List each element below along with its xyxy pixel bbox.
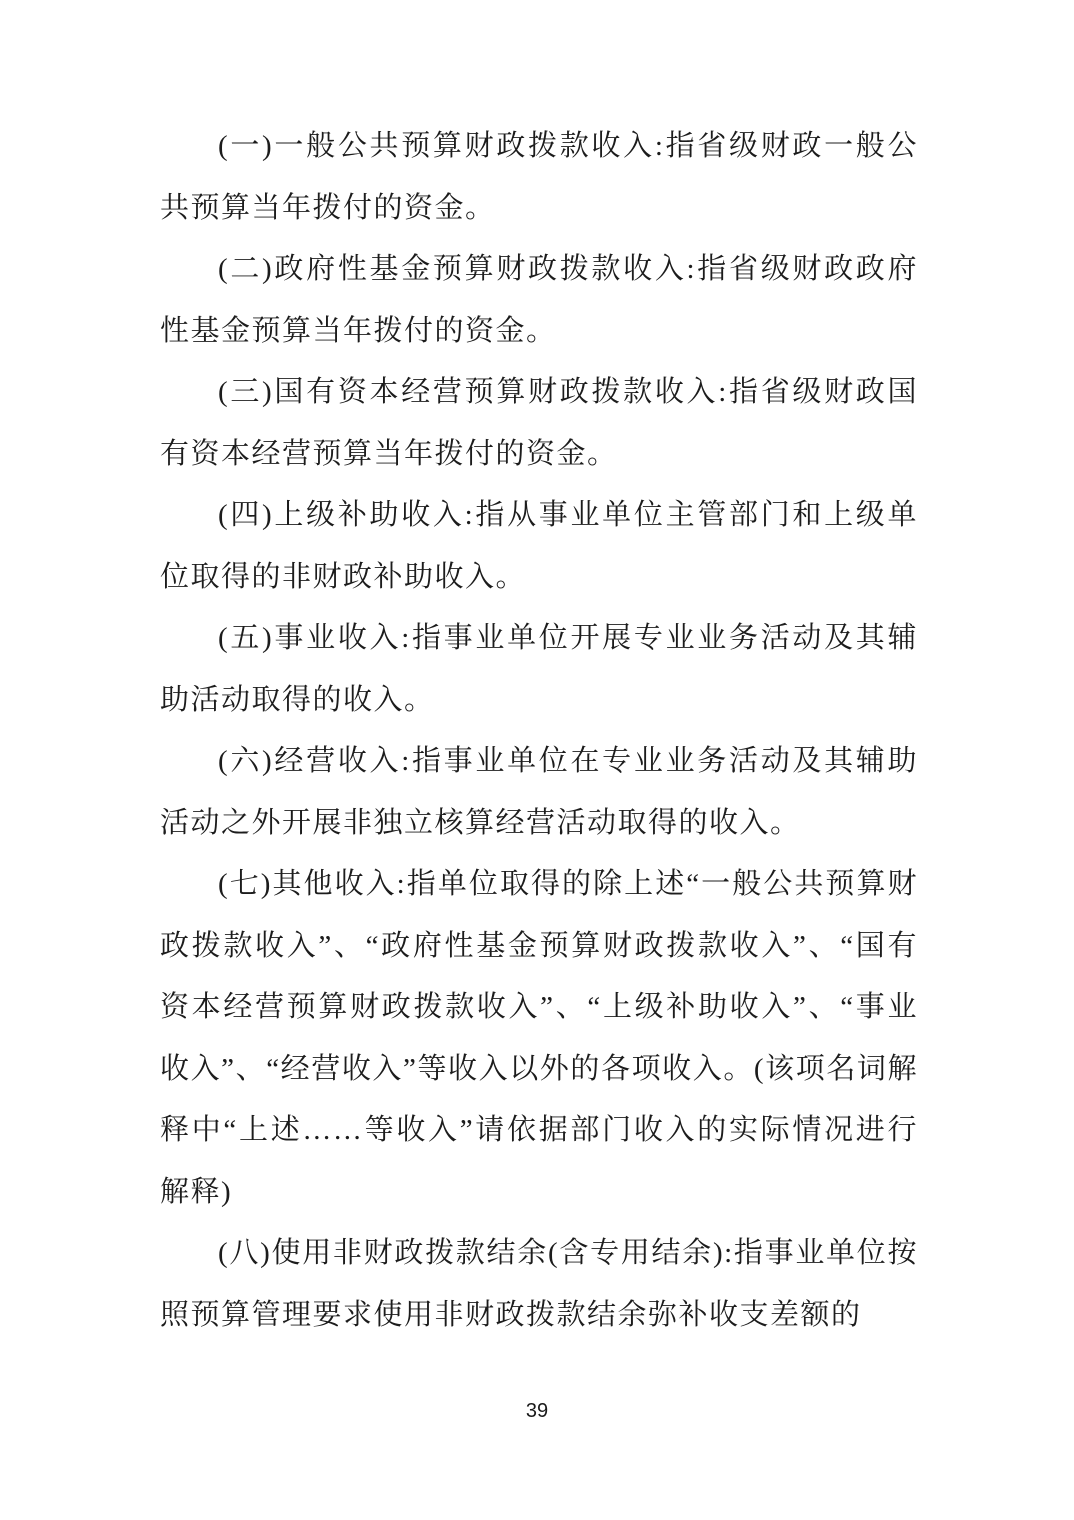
paragraph-income-superior-subsidy: (四)上级补助收入:指从事业单位主管部门和上级单位取得的非财政补助收入。 — [160, 485, 918, 608]
paragraph-income-operating: (六)经营收入:指事业单位在专业业务活动及其辅助活动之外开展非独立核算经营活动取… — [160, 731, 918, 854]
paragraph-income-non-fiscal-carryover: (八)使用非财政拨款结余(含专用结余):指事业单位按照预算管理要求使用非财政拨款… — [160, 1223, 918, 1346]
document-body: (一)一般公共预算财政拨款收入:指省级财政一般公共预算当年拨付的资金。 (二)政… — [160, 116, 918, 1346]
paragraph-income-other: (七)其他收入:指单位取得的除上述“一般公共预算财政拨款收入”、“政府性基金预算… — [160, 854, 918, 1223]
paragraph-income-government-fund-budget: (二)政府性基金预算财政拨款收入:指省级财政政府性基金预算当年拨付的资金。 — [160, 239, 918, 362]
document-page: (一)一般公共预算财政拨款收入:指省级财政一般公共预算当年拨付的资金。 (二)政… — [0, 0, 1074, 1520]
paragraph-income-state-capital-budget: (三)国有资本经营预算财政拨款收入:指省级财政国有资本经营预算当年拨付的资金。 — [160, 362, 918, 485]
page-number: 39 — [526, 1400, 548, 1422]
page-footer: 39 — [0, 1400, 1074, 1423]
paragraph-income-business: (五)事业收入:指事业单位开展专业业务活动及其辅助活动取得的收入。 — [160, 608, 918, 731]
paragraph-income-general-public-budget: (一)一般公共预算财政拨款收入:指省级财政一般公共预算当年拨付的资金。 — [160, 116, 918, 239]
